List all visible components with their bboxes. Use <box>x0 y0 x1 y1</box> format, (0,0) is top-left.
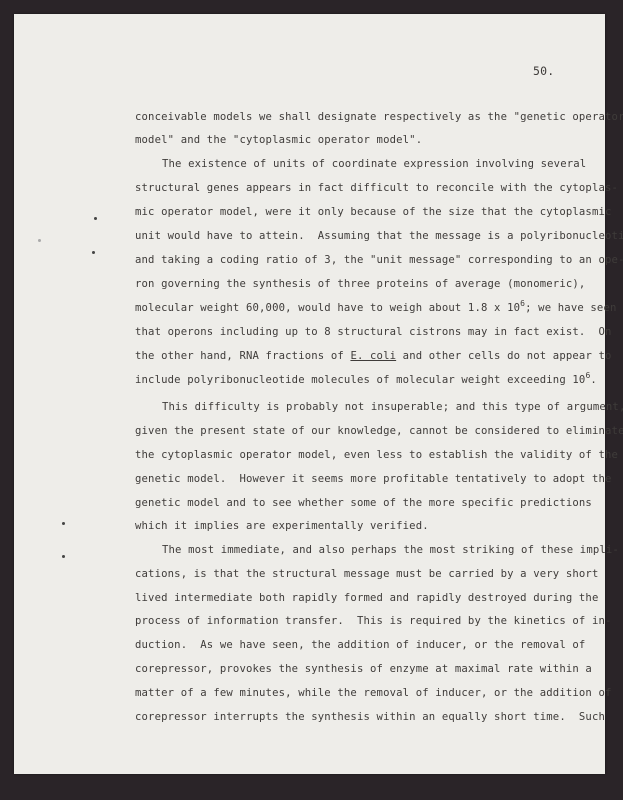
text-segment: include polyribonucleotide molecules of … <box>135 374 585 386</box>
margin-mark <box>92 251 95 254</box>
margin-mark <box>38 239 41 242</box>
margin-mark <box>62 522 65 525</box>
paragraph-start-line: The most immediate, and also perhaps the… <box>162 544 619 556</box>
text-line: process of information transfer. This is… <box>135 615 612 627</box>
underlined-species-name: E. coli <box>350 350 396 362</box>
text-segment: the other hand, RNA fractions of <box>135 350 350 362</box>
text-line: unit would have to attein. Assuming that… <box>135 230 623 242</box>
text-line: which it implies are experimentally veri… <box>135 520 429 532</box>
text-line: corepressor interrupts the synthesis wit… <box>135 711 605 723</box>
text-line: mic operator model, were it only because… <box>135 206 612 218</box>
text-line: include polyribonucleotide molecules of … <box>135 374 597 386</box>
text-line: ron governing the synthesis of three pro… <box>135 278 585 290</box>
document-page <box>14 14 605 774</box>
paragraph-start-line: This difficulty is probably not insupera… <box>162 401 623 413</box>
page-number: 50. <box>533 64 554 78</box>
text-line: given the present state of our knowledge… <box>135 425 623 437</box>
margin-mark <box>94 217 97 220</box>
text-line: genetic model and to see whether some of… <box>135 497 592 509</box>
text-line: matter of a few minutes, while the remov… <box>135 687 612 699</box>
text-line: and taking a coding ratio of 3, the "uni… <box>135 254 623 266</box>
text-segment: molecular weight 60,000, would have to w… <box>135 302 520 314</box>
text-line: model" and the "cytoplasmic operator mod… <box>135 134 422 146</box>
text-line: the other hand, RNA fractions of E. coli… <box>135 350 612 362</box>
text-segment: . <box>590 374 597 386</box>
text-segment: and other cells do not appear to <box>396 350 611 362</box>
text-line: conceivable models we shall designate re… <box>135 111 623 123</box>
text-line: structural genes appears in fact difficu… <box>135 182 618 194</box>
text-line: that operons including up to 8 structura… <box>135 326 612 338</box>
paragraph-start-line: The existence of units of coordinate exp… <box>162 158 586 170</box>
text-line: molecular weight 60,000, would have to w… <box>135 302 617 314</box>
text-line: genetic model. However it seems more pro… <box>135 473 612 485</box>
text-line: lived intermediate both rapidly formed a… <box>135 592 599 604</box>
text-segment: ; we have seen <box>525 302 616 314</box>
text-line: duction. As we have seen, the addition o… <box>135 639 585 651</box>
text-line: the cytoplasmic operator model, even les… <box>135 449 618 461</box>
text-line: cations, is that the structural message … <box>135 568 599 580</box>
text-line: corepressor, provokes the synthesis of e… <box>135 663 592 675</box>
margin-mark <box>62 555 65 558</box>
